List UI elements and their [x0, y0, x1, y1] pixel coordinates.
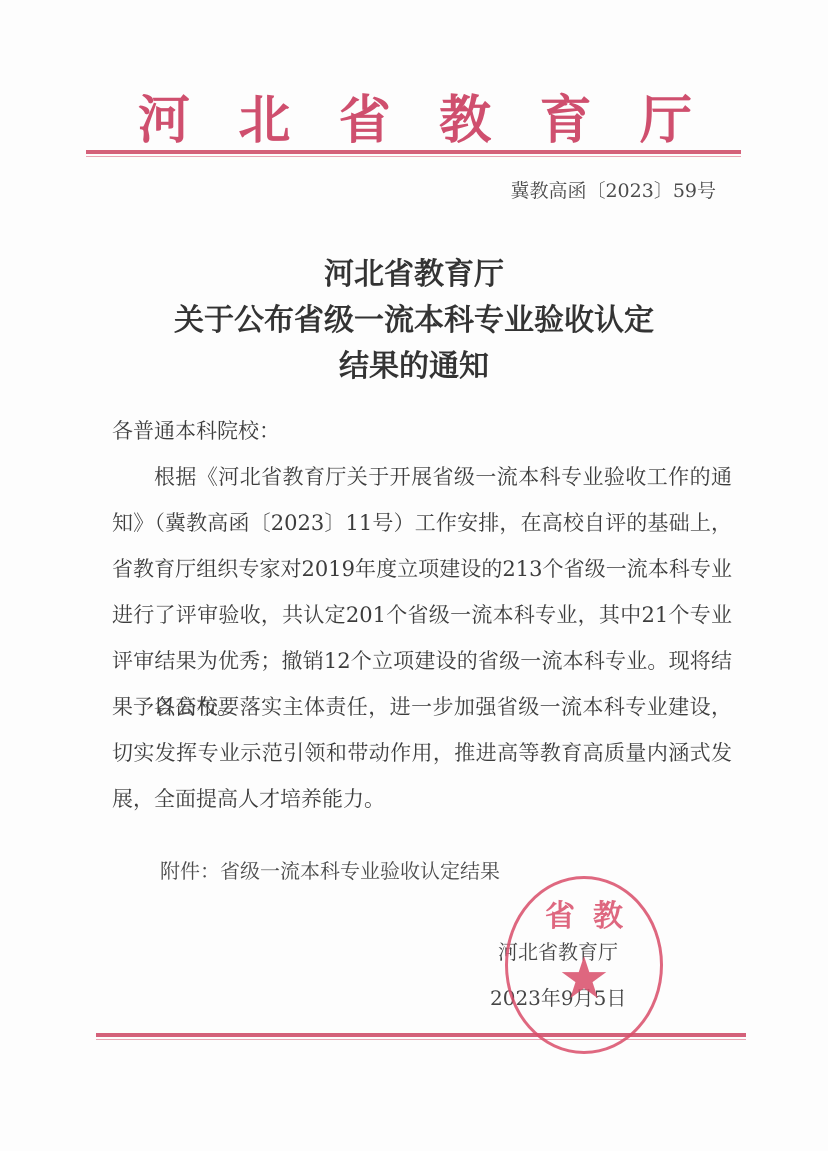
title-line-3: 结果的通知	[0, 344, 828, 390]
masthead-char: 河	[138, 78, 190, 153]
header-divider	[86, 150, 741, 154]
masthead-char: 教	[439, 78, 491, 153]
masthead-char: 育	[540, 78, 592, 153]
document-title: 河北省教育厅 关于公布省级一流本科专业验收认定 结果的通知	[0, 252, 828, 390]
official-seal: 省教 ★	[505, 876, 663, 1054]
masthead-char: 厅	[640, 78, 692, 153]
document-number: 冀教高函〔2023〕59号	[510, 176, 716, 203]
masthead-char: 北	[238, 78, 290, 153]
masthead-char: 省	[339, 78, 391, 153]
attachment-note: 附件：省级一流本科专业验收认定结果	[160, 855, 500, 884]
seal-text: 省教	[508, 891, 660, 935]
salutation: 各普通本科院校：	[112, 408, 732, 454]
star-icon: ★	[558, 949, 610, 1007]
footer-divider	[96, 1033, 746, 1037]
title-line-1: 河北省教育厅	[0, 252, 828, 298]
document-page: 河 北 省 教 育 厅 冀教高函〔2023〕59号 河北省教育厅 关于公布省级一…	[0, 0, 828, 1151]
title-line-2: 关于公布省级一流本科专业验收认定	[0, 298, 828, 344]
masthead-title: 河 北 省 教 育 厅	[90, 78, 740, 153]
body-paragraph-2: 各高校要落实主体责任，进一步加强省级一流本科专业建设，切实发挥专业示范引领和带动…	[112, 684, 732, 822]
